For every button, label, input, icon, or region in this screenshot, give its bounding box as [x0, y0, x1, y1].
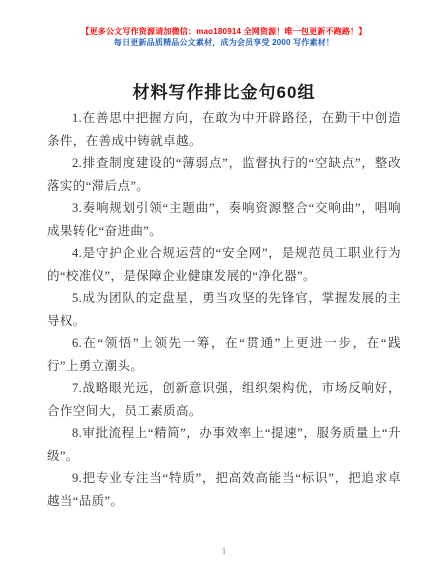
paragraph: 9.把专业专注当“特质”，把高效高能当“标识”，把追求卓越当“品质”。 — [47, 467, 401, 512]
page-title: 材料写作排比金句60组 — [0, 78, 448, 103]
promo-line-red: 【更多公文写作资源请加微信：mao180914 全网资源！唯一包更新不跑路！】 — [0, 26, 448, 37]
promo-line-blue: 每日更新品质精品公文素材，成为会员享受 2000 写作素材！ — [0, 37, 448, 48]
paragraph: 6.在“领悟”上领先一筹，在“贯通”上更进一步，在“践行”上勇立潮头。 — [47, 332, 401, 377]
paragraph: 1.在善思中把握方向，在敢为中开辟路径，在勤干中创造条件，在善成中铸就卓越。 — [47, 107, 401, 152]
document-body: 1.在善思中把握方向，在敢为中开辟路径，在勤干中创造条件，在善成中铸就卓越。2.… — [47, 107, 401, 512]
document-page: 【更多公文写作资源请加微信：mao180914 全网资源！唯一包更新不跑路！】 … — [0, 0, 448, 580]
page-number: 1 — [0, 546, 448, 556]
paragraph: 4.是守护企业合规运营的“安全网”，是规范员工职业行为的“校准仪”，是保障企业健… — [47, 242, 401, 287]
paragraph: 2.排查制度建设的“薄弱点”，监督执行的“空缺点”，整改落实的“滞后点”。 — [47, 152, 401, 197]
paragraph: 3.奏响规划引领“主题曲”，奏响资源整合“交响曲”，唱响成果转化“奋进曲”。 — [47, 197, 401, 242]
paragraph: 5.成为团队的定盘星，勇当攻坚的先锋官，掌握发展的主导权。 — [47, 287, 401, 332]
paragraph: 7.战略眼光远，创新意识强，组织架构优，市场反响好，合作空间大，员工素质高。 — [47, 377, 401, 422]
paragraph: 8.审批流程上“精简”，办事效率上“提速”，服务质量上“升级”。 — [47, 422, 401, 467]
promo-header: 【更多公文写作资源请加微信：mao180914 全网资源！唯一包更新不跑路！】 … — [0, 26, 448, 48]
